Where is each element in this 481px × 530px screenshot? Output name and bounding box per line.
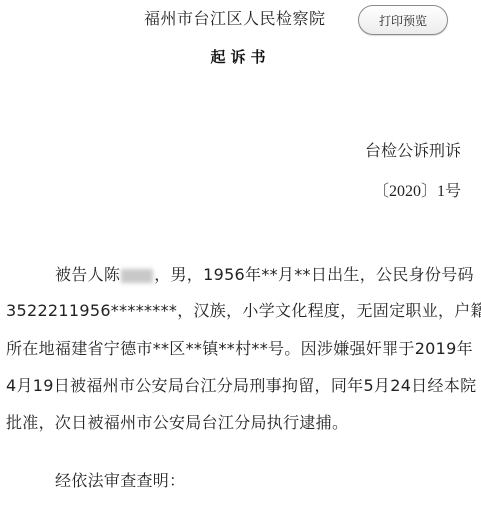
defendant-prefix: 被告人陈 [55,265,120,284]
findings-heading: 经依法审查查明： [55,468,185,491]
case-number: 台检公诉刑诉 [365,138,461,161]
case-year-number: 〔2020〕1号 [373,178,461,201]
document-title: 起诉书 [0,46,481,67]
defendant-info-line-1: 被告人陈，男，1956年**月**日出生，公民身份号码 [55,262,474,285]
defendant-info-line-3: 所在地福建省宁德市**区**镇**村**号。因涉嫌强奸罪于2019年 [6,336,473,359]
defendant-info-line-5: 批准，次日被福州市公安局台江分局执行逮捕。 [6,410,348,433]
redacted-name [121,269,153,283]
defendant-details: ，男，1956年**月**日出生，公民身份号码 [154,265,474,284]
defendant-info-line-2: 3522211956********，汉族，小学文化程度，无固定职业，户籍 [6,298,481,321]
defendant-info-line-4: 4月19日被福州市公安局台江分局刑事拘留，同年5月24日经本院 [6,373,476,396]
print-preview-button[interactable]: 打印预览 [358,5,448,35]
procuratorate-name: 福州市台江区人民检察院 [144,6,326,29]
